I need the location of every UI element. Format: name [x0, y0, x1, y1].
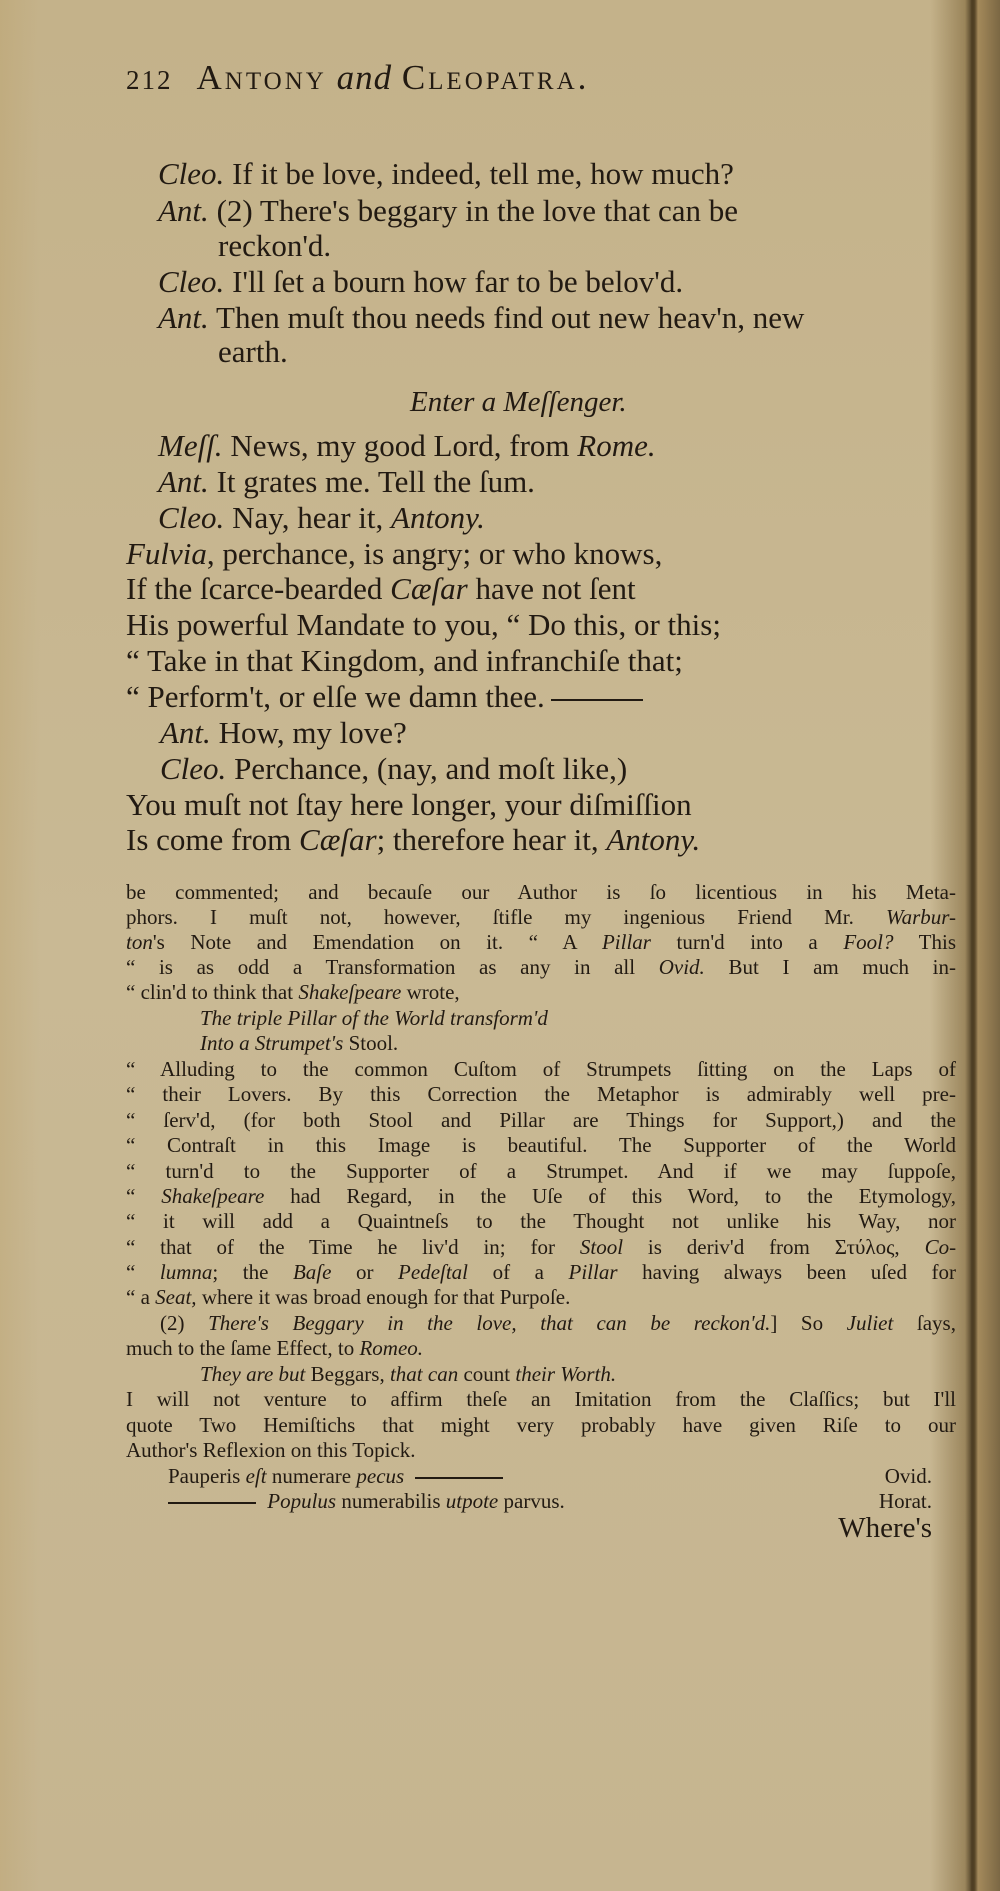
- note-text: or: [356, 1260, 374, 1284]
- note-italic: utpote: [446, 1489, 499, 1513]
- note-italic: Into a Strumpet's: [200, 1031, 343, 1055]
- note-text: of a: [493, 1260, 544, 1284]
- verse-line: You muſt not ſtay here longer, your diſm…: [126, 787, 692, 823]
- verse-line: “ Perform't, or elſe we damn thee.: [126, 679, 643, 715]
- verse-line: Meſſ. News, my good Lord, from Rome.: [158, 428, 656, 464]
- note-italic: Pillar: [602, 930, 651, 954]
- person-name: Cæſar: [299, 822, 377, 857]
- verse-text: ; therefore hear it,: [377, 822, 599, 857]
- verse-line: Ant. Then muſt thou needs find out new h…: [158, 300, 804, 336]
- place-name: Rome.: [577, 428, 655, 463]
- note-text: But I am much in-: [728, 955, 956, 979]
- note-italic: Populus: [267, 1489, 336, 1513]
- latin-citation: Populus numerabilis utpote parvus. Horat…: [168, 1489, 956, 1514]
- verse-line: Cleo. I'll ſet a bourn how far to be bel…: [158, 264, 683, 300]
- note-italic: pecus: [356, 1464, 404, 1488]
- verse-text: earth.: [218, 334, 288, 369]
- note-text: wrote,: [407, 980, 460, 1004]
- person-name: Romeo.: [359, 1336, 423, 1360]
- speaker: Meſſ.: [158, 428, 223, 463]
- note-text: “ is as odd a Transformation as any in a…: [126, 955, 635, 979]
- note-text: ſays,: [917, 1311, 956, 1335]
- title-cleopatra: Cleopatra.: [402, 58, 590, 97]
- verse-text: If the ſcarce-bearded: [126, 571, 382, 606]
- verse-text: , perchance, is angry; or who knows,: [207, 536, 662, 571]
- note-text: had Regard, in the Uſe of this Word, to …: [290, 1184, 956, 1208]
- em-dash-rule: [551, 699, 643, 701]
- latin-citation: Pauperis eſt numerare pecus Ovid.: [168, 1464, 956, 1489]
- note-lemma: There's Beggary in the love, that can be…: [208, 1311, 770, 1335]
- title-antony: Antony: [197, 58, 327, 97]
- note-marker: (2): [160, 1311, 185, 1335]
- speaker: Cleo.: [158, 500, 224, 535]
- verse-text: reckon'd.: [218, 228, 331, 263]
- note-italic: Seat,: [155, 1285, 196, 1309]
- person-name: Antony.: [391, 500, 485, 535]
- note-line: ton's Note and Emendation on it. “ A Pil…: [126, 930, 956, 955]
- speaker: Ant.: [158, 464, 209, 499]
- person-name: ton: [126, 930, 153, 954]
- verse-line: Ant. How, my love?: [160, 715, 407, 751]
- verse-line: reckon'd.: [218, 228, 331, 264]
- verse-line: Cleo. If it be love, indeed, tell me, ho…: [158, 156, 734, 192]
- note-text: This: [919, 930, 956, 954]
- note-line: “ their Lovers. By this Correction the M…: [126, 1082, 956, 1107]
- stage-direction: Enter a Meſſenger.: [410, 384, 627, 420]
- verse-text: have not ſent: [475, 571, 635, 606]
- note-line: be commented; and becauſe our Author is …: [126, 880, 956, 905]
- running-head: 212Antony and Cleopatra.: [126, 58, 589, 98]
- note-italic: their Worth.: [515, 1362, 616, 1386]
- note-line: “ lumna; the Baſe or Pedeſtal of a Pilla…: [126, 1260, 956, 1285]
- note-line: (2) There's Beggary in the love, that ca…: [160, 1311, 956, 1336]
- person-name: Fulvia: [126, 536, 207, 571]
- note-text: count: [463, 1362, 510, 1386]
- person-name: Warbur-: [886, 905, 956, 929]
- page-edge-shadow: [970, 0, 978, 1891]
- note-italic: eſt: [246, 1464, 267, 1488]
- catchword: Where's: [838, 1512, 932, 1545]
- verse-line: Cleo. Perchance, (nay, and moſt like,): [160, 751, 627, 787]
- person-name: Antony.: [606, 822, 700, 857]
- note-text: Pauperis: [168, 1464, 240, 1488]
- note-line: “ clin'd to think that Shakeſpeare wrote…: [126, 980, 460, 1005]
- verse-text: Then muſt thou needs find out new heav'n…: [216, 300, 804, 335]
- note-line: “ it will add a Quaintneſs to the Though…: [126, 1209, 956, 1234]
- verse-text: News, my good Lord, from: [230, 428, 569, 463]
- note-italic: Fool?: [843, 930, 893, 954]
- verse-line: earth.: [218, 334, 288, 370]
- source-citation: Ovid.: [885, 1464, 932, 1489]
- verse-text: Nay, hear it,: [232, 500, 383, 535]
- note-text: ; the: [212, 1260, 268, 1284]
- note-italic: lumna: [160, 1260, 213, 1284]
- page-number: 212: [126, 65, 173, 95]
- note-line: quote Two Hemiſtichs that might very pro…: [126, 1413, 956, 1438]
- note-text: phors. I muſt not, however, ſtifle my in…: [126, 905, 854, 929]
- note-text: having always been uſed for: [642, 1260, 956, 1284]
- note-line: “ Alluding to the common Cuſtom of Strum…: [126, 1057, 956, 1082]
- note-italic: Pillar: [569, 1260, 618, 1284]
- verse-line: Ant. It grates me. Tell the ſum.: [158, 464, 535, 500]
- verse-text: I'll ſet a bourn how far to be belov'd.: [232, 264, 683, 299]
- verse-text: (2) There's beggary in the love that can…: [217, 193, 738, 228]
- verse-line: Ant. (2) There's beggary in the love tha…: [158, 193, 738, 229]
- verse-text: If it be love, indeed, tell me, how much…: [232, 156, 734, 191]
- em-dash-rule: [168, 1502, 256, 1504]
- verse-line: Is come from Cæſar; therefore hear it, A…: [126, 822, 700, 858]
- speaker: Ant.: [158, 300, 209, 335]
- note-line: Author's Reflexion on this Topick.: [126, 1438, 416, 1463]
- verse-line: Fulvia, perchance, is angry; or who know…: [126, 536, 662, 572]
- note-italic: Ovid.: [659, 955, 705, 979]
- verse-text: It grates me. Tell the ſum.: [217, 464, 535, 499]
- title-and: and: [337, 58, 393, 97]
- speaker: Cleo.: [158, 156, 224, 191]
- quoted-verse: They are but Beggars, that can count the…: [200, 1362, 616, 1387]
- person-name: Juliet: [847, 1311, 894, 1335]
- speaker: Ant.: [158, 193, 209, 228]
- note-line: “ Contraſt in this Image is beautiful. T…: [126, 1133, 956, 1158]
- note-text: “: [126, 1260, 135, 1284]
- note-text: ] So: [770, 1311, 823, 1335]
- note-text: “: [126, 1184, 135, 1208]
- verse-text: Is come from: [126, 822, 291, 857]
- person-name: Shakeſpeare: [298, 980, 401, 1004]
- note-italic: Baſe: [293, 1260, 331, 1284]
- note-text: Beggars,: [311, 1362, 385, 1386]
- note-text: “ a: [126, 1285, 150, 1309]
- speaker: Cleo.: [158, 264, 224, 299]
- note-text: 's Note and Emendation on it. “ A: [153, 930, 577, 954]
- note-line: “ that of the Time he liv'd in; for Stoo…: [126, 1235, 956, 1260]
- note-italic: Pedeſtal: [398, 1260, 468, 1284]
- speaker: Ant.: [160, 715, 211, 750]
- note-line: much to the ſame Effect, to Romeo.: [126, 1336, 423, 1361]
- source-citation: Horat.: [879, 1489, 932, 1514]
- note-line: “ is as odd a Transformation as any in a…: [126, 955, 956, 980]
- note-line: “ a Seat, where it was broad enough for …: [126, 1285, 570, 1310]
- em-dash-rule: [415, 1477, 503, 1479]
- verse-line: “ Take in that Kingdom, and infranchiſe …: [126, 643, 683, 679]
- verse-text: “ Perform't, or elſe we damn thee.: [126, 679, 545, 714]
- note-text: numerabilis: [341, 1489, 440, 1513]
- quoted-verse: Into a Strumpet's Stool.: [200, 1031, 398, 1056]
- note-text: “ that of the Time he liv'd in; for: [126, 1235, 555, 1259]
- note-line: phors. I muſt not, however, ſtifle my in…: [126, 905, 956, 930]
- note-line: “ Shakeſpeare had Regard, in the Uſe of …: [126, 1184, 956, 1209]
- note-text: parvus.: [504, 1489, 565, 1513]
- verse-text: How, my love?: [219, 715, 407, 750]
- note-line: “ ſerv'd, (for both Stool and Pillar are…: [126, 1108, 956, 1133]
- note-text: where it was broad enough for that Purpo…: [202, 1285, 571, 1309]
- note-italic: They are but: [200, 1362, 305, 1386]
- verse-line: His powerful Mandate to you, “ Do this, …: [126, 607, 721, 643]
- note-text: turn'd into a: [677, 930, 818, 954]
- note-text: numerare: [272, 1464, 351, 1488]
- note-line: “ turn'd to the Supporter of a Strumpet.…: [126, 1159, 956, 1184]
- book-page: 212Antony and Cleopatra. Cleo. If it be …: [0, 0, 1000, 1891]
- note-text: is deriv'd from Στύλος,: [648, 1235, 900, 1259]
- note-text: much to the ſame Effect, to: [126, 1336, 354, 1360]
- note-line: I will not venture to affirm theſe an Im…: [126, 1387, 956, 1412]
- person-name: Cæſar: [390, 571, 468, 606]
- note-italic: Stool: [580, 1235, 623, 1259]
- speaker: Cleo.: [160, 751, 226, 786]
- note-italic: Co-: [925, 1235, 957, 1259]
- quoted-verse: The triple Pillar of the World transform…: [200, 1006, 548, 1031]
- note-italic: that can: [390, 1362, 458, 1386]
- person-name: Shakeſpeare: [161, 1184, 264, 1208]
- verse-line: Cleo. Nay, hear it, Antony.: [158, 500, 485, 536]
- note-text: Stool.: [349, 1031, 399, 1055]
- verse-text: Perchance, (nay, and moſt like,): [234, 751, 627, 786]
- note-text: “ clin'd to think that: [126, 980, 293, 1004]
- verse-line: If the ſcarce-bearded Cæſar have not ſen…: [126, 571, 636, 607]
